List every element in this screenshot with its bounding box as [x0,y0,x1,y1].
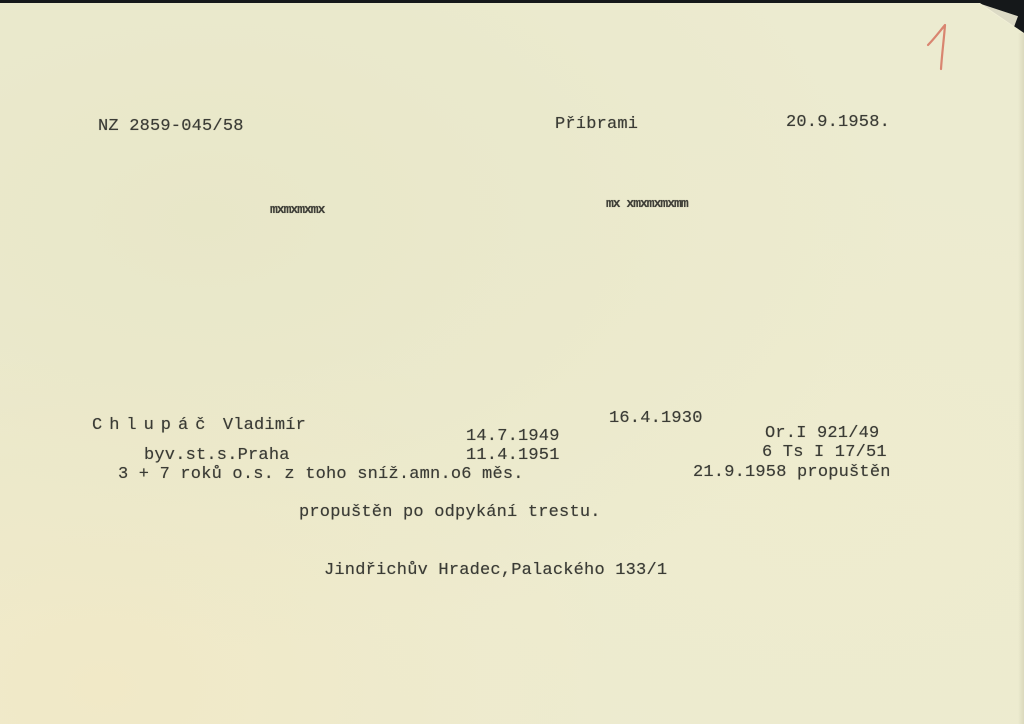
birth-date: 16.4.1930 [609,409,703,428]
given-name: Vladimír [223,416,306,435]
card-edge-shadow [1018,33,1024,724]
sentence: 3 + 7 roků o.s. z toho sníž.amn.o6 měs. [118,465,524,484]
place: Příbrami [555,115,638,134]
sentence-date: 11.4.1951 [466,446,560,465]
person-name: Chlupáč Vladimír [92,416,306,435]
arrest-date: 14.7.1949 [466,427,560,446]
release-note: propuštěn po odpykání trestu. [299,503,601,522]
case-number-2: 6 Ts I 17/51 [762,443,887,462]
release-entry: 21.9.1958 propuštěn [693,463,891,482]
document-date: 20.9.1958. [786,113,890,132]
handwritten-page-number [924,21,954,73]
reference-number: NZ 2859-045/58 [98,117,244,136]
struck-out-text-right: mx xmxmxmxmm [606,196,688,211]
struck-out-text-left: mxmxmxmx [270,202,324,217]
case-number-1: Or.I 921/49 [765,424,879,443]
address: Jindřichův Hradec,Palackého 133/1 [324,561,667,580]
former-status: byv.st.s.Praha [144,446,290,465]
surname: Chlupáč [92,416,212,435]
archival-card: NZ 2859-045/58 Příbrami 20.9.1958. mxmxm… [0,3,1024,724]
